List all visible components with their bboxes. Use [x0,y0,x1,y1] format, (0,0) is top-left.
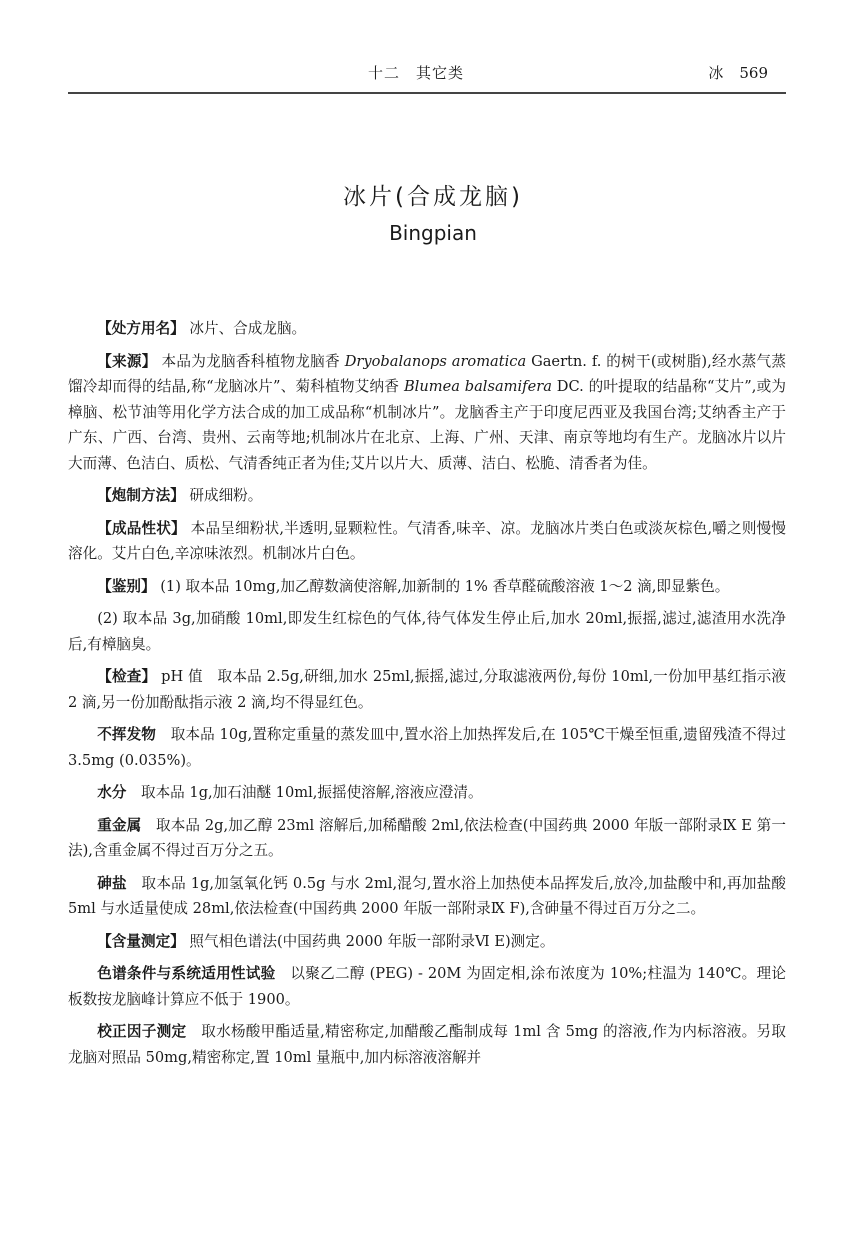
subsection-heading: 水分 [97,784,126,801]
paragraph-arsenic: 砷盐 取本品 1g,加氢氧化钙 0.5g 与水 2ml,混匀,置水浴上加热使本品… [68,871,786,922]
paragraph-moisture: 水分 取本品 1g,加石油醚 10ml,振摇使溶解,溶液应澄清。 [68,780,786,806]
paragraph-nonvolatile: 不挥发物 取本品 10g,置称定重量的蒸发皿中,置水浴上加热挥发后,在 105℃… [68,722,786,773]
paragraph-prescription-name: 【处方用名】 冰片、合成龙脑。 [68,316,786,342]
latin-name: Blumea balsamifera [404,378,552,395]
body-text: 【处方用名】 冰片、合成龙脑。 【来源】 本品为龙脑香科植物龙脑香 Dryoba… [68,316,786,1077]
paragraph-text: 取本品 2g,加乙醇 23ml 溶解后,加稀醋酸 2ml,依法检查(中国药典 2… [68,817,786,860]
title-pinyin: Bingpian [0,221,856,245]
section-title: 十二 其它类 [368,62,464,83]
section-heading: 【炮制方法】 [97,487,185,504]
paragraph-text: pH 值 取本品 2.5g,研细,加水 25ml,振摇,滤过,分取滤液两份,每份… [68,668,786,711]
paragraph-chromatography: 色谱条件与系统适用性试验 以聚乙二醇 (PEG) - 20M 为固定相,涂布浓度… [68,961,786,1012]
subsection-heading: 色谱条件与系统适用性试验 [97,965,275,982]
paragraph-inspection-ph: 【检查】 pH 值 取本品 2.5g,研细,加水 25ml,振摇,滤过,分取滤液… [68,664,786,715]
paragraph-properties: 【成品性状】 本品呈细粉状,半透明,显颗粒性。气清香,味辛、凉。龙脑冰片类白色或… [68,516,786,567]
section-heading: 【处方用名】 [97,320,185,337]
paragraph-assay: 【含量测定】 照气相色谱法(中国药典 2000 年版一部附录Ⅵ E)测定。 [68,929,786,955]
page-marker: 冰569 [708,62,768,83]
section-heading: 【含量测定】 [97,933,185,950]
paragraph-identification-2: (2) 取本品 3g,加硝酸 10ml,即发生红棕色的气体,待气体发生停止后,加… [68,606,786,657]
paragraph-text: (2) 取本品 3g,加硝酸 10ml,即发生红棕色的气体,待气体发生停止后,加… [68,610,786,653]
paragraph-text: 取本品 1g,加氢氧化钙 0.5g 与水 2ml,混匀,置水浴上加热使本品挥发后… [68,875,786,918]
paragraph-heavy-metals: 重金属 取本品 2g,加乙醇 23ml 溶解后,加稀醋酸 2ml,依法检查(中国… [68,813,786,864]
paragraph-text: 本品为龙脑香科植物龙脑香 [157,353,345,370]
running-head: 十二 其它类 冰569 [68,62,786,86]
latin-name: Dryobalanops aromatica [345,353,526,370]
paragraph-text: 取本品 10g,置称定重量的蒸发皿中,置水浴上加热挥发后,在 105℃干燥至恒重… [68,726,786,769]
section-heading: 【成品性状】 [97,520,186,537]
paragraph-text: 照气相色谱法(中国药典 2000 年版一部附录Ⅵ E)测定。 [185,933,555,950]
section-heading: 【检查】 [97,668,156,685]
subsection-heading: 校正因子测定 [97,1023,186,1040]
paragraph-source: 【来源】 本品为龙脑香科植物龙脑香 Dryobalanops aromatica… [68,349,786,477]
paragraph-text: (1) 取本品 10mg,加乙醇数滴使溶解,加新制的 1% 香草醛硫酸溶液 1～… [156,578,730,595]
entry-char: 冰 [708,64,723,82]
paragraph-processing: 【炮制方法】 研成细粉。 [68,483,786,509]
paragraph-text: 取本品 1g,加石油醚 10ml,振摇使溶解,溶液应澄清。 [126,784,482,801]
paragraph-correction-factor: 校正因子测定 取水杨酸甲酯适量,精密称定,加醋酸乙酯制成每 1ml 含 5mg … [68,1019,786,1070]
title-chinese: 冰片(合成龙脑) [0,178,856,211]
subsection-heading: 重金属 [97,817,141,834]
paragraph-identification-1: 【鉴别】 (1) 取本品 10mg,加乙醇数滴使溶解,加新制的 1% 香草醛硫酸… [68,574,786,600]
subsection-heading: 砷盐 [97,875,127,892]
paragraph-text: 研成细粉。 [185,487,263,504]
page-number: 569 [739,64,768,82]
header-rule [68,92,786,94]
section-heading: 【来源】 [97,353,156,370]
subsection-heading: 不挥发物 [97,726,156,743]
paragraph-text: 冰片、合成龙脑。 [185,320,306,337]
section-heading: 【鉴别】 [97,578,155,595]
entry-title: 冰片(合成龙脑) Bingpian [0,178,856,245]
